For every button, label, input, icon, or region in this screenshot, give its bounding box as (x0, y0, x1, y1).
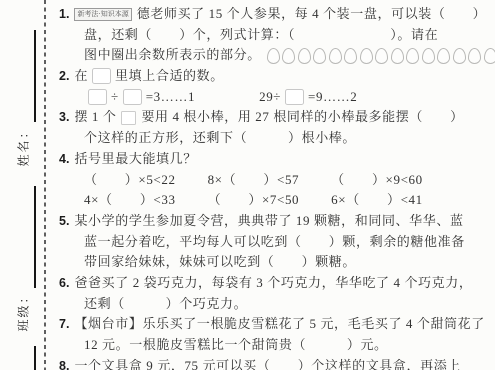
question-text: =9……2 (308, 87, 357, 108)
question-text: 德老师买了 15 个人参果，每 4 个装一盘，可以装（ ） (137, 4, 487, 25)
question-line: 6.爸爸买了 2 袋巧克力，每袋有 3 个巧克力，华华吃了 4 个巧克力， (59, 273, 493, 294)
egg-icon (406, 48, 419, 64)
answer-box (92, 68, 111, 84)
question-text: 8×（ ）<57 (208, 170, 300, 191)
egg-icon (313, 48, 326, 64)
question-number: 7. (59, 314, 69, 335)
question-number: 3. (59, 107, 69, 128)
margin-write-line (34, 346, 36, 370)
question-number: 4. (59, 149, 69, 170)
question-text: （ ）×7<50 (208, 190, 300, 211)
class-label: 班级： (15, 289, 32, 333)
question-text: 4×（ ）<33 (84, 190, 176, 211)
question-line: 12 元。一根脆皮雪糕比一个甜筒贵（ ）元。 (59, 335, 493, 356)
question-line: 还剩（ ）个巧克力。 (59, 294, 493, 315)
question-text: 要用 4 根小棒，用 27 根同样的小棒最多能摆（ ） (141, 107, 463, 128)
question-text: 6×（ ）<41 (331, 190, 423, 211)
seal-dashed-line (44, 0, 46, 370)
question-text: 某小学的学生参加夏令营，典典带了 19 颗糖，和同同、华华、蓝 (74, 211, 463, 232)
question-badge: 新考法·知识本源 (74, 8, 131, 21)
question-line: （ ）×5<228×（ ）<57（ ）×9<60 (59, 170, 493, 191)
question-line: 8.一个文具盒 9 元，75 元可以买（ ）个这样的文具盒，再添上 (59, 356, 493, 370)
question-text: 蓝一起分着吃，平均每人可以吃到（ ）颗，剩余的糖他准备 (84, 232, 465, 253)
question-number: 1. (59, 4, 69, 25)
egg-icon (267, 48, 280, 64)
question-text: 一个文具盒 9 元，75 元可以买（ ）个这样的文具盒，再添上 (74, 356, 460, 370)
question-text: 带回家给妹妹，妹妹可以吃到（ ）颗糖。 (84, 252, 356, 273)
fruit-icons (267, 48, 495, 64)
question-text: 在 (74, 66, 88, 87)
question-text: 摆 1 个 (74, 107, 116, 128)
question-line: 蓝一起分着吃，平均每人可以吃到（ ）颗，剩余的糖他准备 (59, 232, 493, 253)
question-text: 29÷ (259, 87, 281, 108)
question-line: 3.摆 1 个要用 4 根小棒，用 27 根同样的小棒最多能摆（ ） (59, 107, 493, 128)
question-text: 图中圈出余数所表示的部分。 (84, 45, 261, 66)
question-line: 图中圈出余数所表示的部分。 (59, 45, 493, 66)
question-text: 【烟台市】乐乐买了一根脆皮雪糕花了 5 元，毛毛买了 4 个甜筒花了 (74, 314, 484, 335)
question-line: 2.在里填上合适的数。 (59, 66, 493, 87)
question-line: 5.某小学的学生参加夏令营，典典带了 19 颗糖，和同同、华华、蓝 (59, 211, 493, 232)
question-text: ÷ (111, 87, 119, 108)
question-text: （ ）×5<22 (84, 170, 176, 191)
question-number: 5. (59, 211, 69, 232)
egg-icon (437, 48, 450, 64)
question-text: 盘，还剩（ ）个，列式计算：（ ）。请在 (84, 25, 438, 46)
question-line: 盘，还剩（ ）个，列式计算：（ ）。请在 (59, 25, 493, 46)
square-shape (121, 111, 136, 125)
egg-icon (391, 48, 404, 64)
question-line: 4.括号里最大能填几？ (59, 149, 493, 170)
egg-icon (298, 48, 311, 64)
egg-icon (329, 48, 342, 64)
question-line: ÷=3……129÷=9……2 (59, 87, 493, 108)
question-text: =3……1 (146, 87, 195, 108)
question-number: 6. (59, 273, 69, 294)
question-line: 1.新考法·知识本源德老师买了 15 个人参果，每 4 个装一盘，可以装（ ） (59, 4, 493, 25)
question-text: （ ）×9<60 (331, 170, 423, 191)
answer-box (88, 89, 107, 105)
class-write-line (34, 186, 36, 288)
egg-icon (453, 48, 466, 64)
question-line: 个这样的正方形，还剩下（ ）根小棒。 (59, 128, 493, 149)
question-text: 个这样的正方形，还剩下（ ）根小棒。 (84, 128, 356, 149)
answer-box (123, 89, 142, 105)
name-write-line (34, 30, 36, 122)
question-text: 里填上合适的数。 (115, 66, 224, 87)
question-line: 带回家给妹妹，妹妹可以吃到（ ）颗糖。 (59, 252, 493, 273)
name-label: 姓名： (15, 124, 32, 168)
egg-icon (282, 48, 295, 64)
worksheet-content: 1.新考法·知识本源德老师买了 15 个人参果，每 4 个装一盘，可以装（ ）盘… (59, 4, 493, 370)
question-text: 括号里最大能填几？ (74, 149, 196, 170)
question-number: 8. (59, 356, 69, 370)
egg-icon (360, 48, 373, 64)
question-line: 7.【烟台市】乐乐买了一根脆皮雪糕花了 5 元，毛毛买了 4 个甜筒花了 (59, 314, 493, 335)
answer-box (285, 89, 304, 105)
egg-icon (375, 48, 388, 64)
egg-icon (344, 48, 357, 64)
question-text: 还剩（ ）个巧克力。 (84, 294, 247, 315)
egg-icon (484, 48, 495, 64)
question-line: 4×（ ）<33（ ）×7<506×（ ）<41 (59, 190, 493, 211)
egg-icon (422, 48, 435, 64)
question-number: 2. (59, 66, 69, 87)
egg-icon (468, 48, 481, 64)
question-text: 爸爸买了 2 袋巧克力，每袋有 3 个巧克力，华华吃了 4 个巧克力， (74, 273, 472, 294)
question-text: 12 元。一根脆皮雪糕比一个甜筒贵（ ）元。 (84, 335, 388, 356)
